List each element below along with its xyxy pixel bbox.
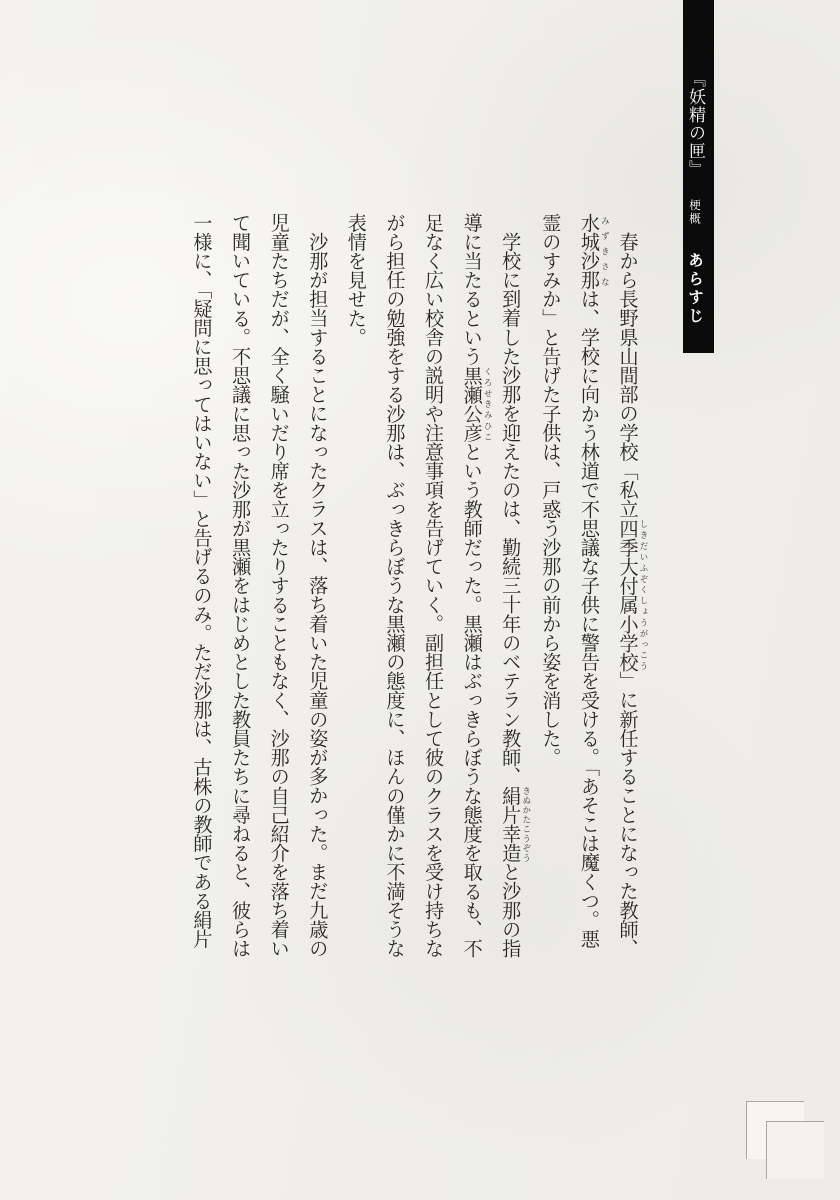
furigana-annotated-name: 四季大付属小学校しきだいふぞくしょうがっこう — [617, 519, 640, 672]
book-page: 『妖精の匣』 梗概 あらすじ 春から長野県山間部の学校「私立四季大付属小学校しき… — [0, 0, 840, 1200]
book-title: 『妖精の匣』 — [682, 70, 707, 178]
title-banner: 『妖精の匣』 梗概 あらすじ — [683, 0, 714, 353]
furigana-annotated-name: 黒瀬公彦くろせきみひこ — [461, 366, 484, 442]
synopsis-paragraph: 学校に到着した沙那を迎えたのは、勤続三十年のベテラン教師、絹片幸造きぬかたこうぞ… — [336, 213, 530, 965]
synopsis-paragraph: 沙那が担当することになったクラスは、落ち着いた児童の姿が多かった。まだ九歳の児童… — [182, 213, 336, 965]
furigana-annotated-name: 水城沙那みずきさな — [578, 213, 601, 289]
synopsis-label: あらすじ — [682, 252, 707, 326]
synopsis-paragraph: 春から長野県山間部の学校「私立四季大付属小学校しきだいふぞくしょうがっこう」に新… — [531, 213, 648, 965]
page-corner-fold-inner — [766, 1121, 824, 1179]
synopsis-text: 春から長野県山間部の学校「私立四季大付属小学校しきだいふぞくしょうがっこう」に新… — [184, 213, 648, 965]
subtitle-kogai: 梗概 — [682, 199, 707, 226]
furigana-annotated-name: 絹片幸造きぬかたこうぞう — [499, 786, 522, 862]
